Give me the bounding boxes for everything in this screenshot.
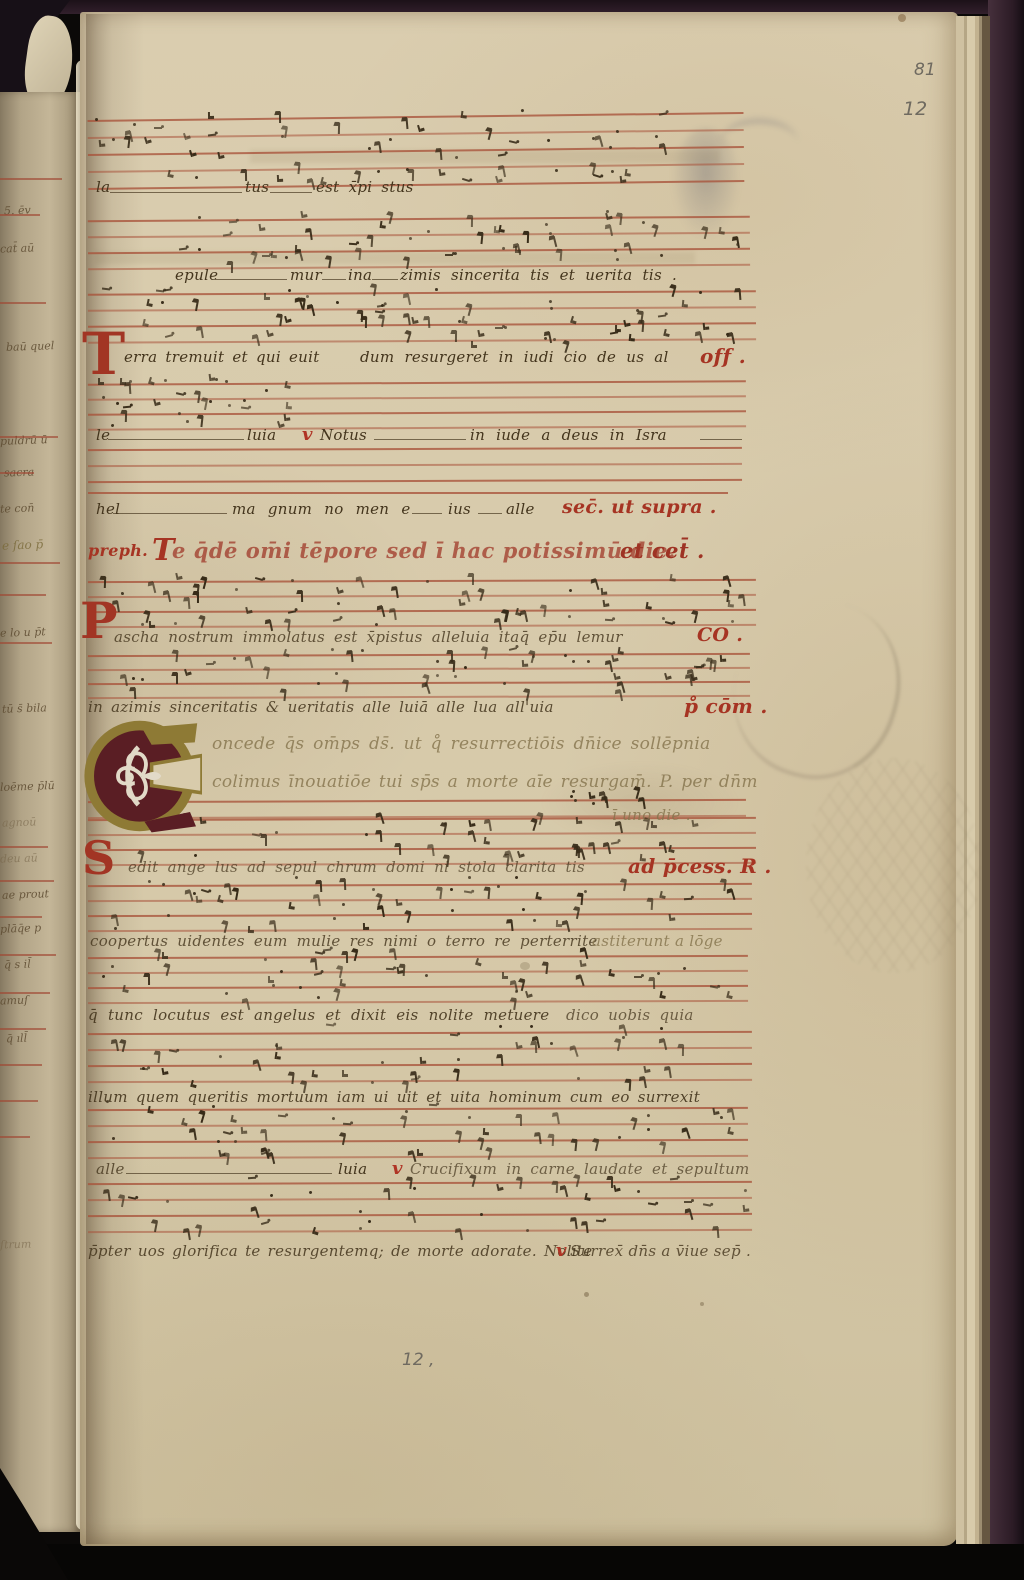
neume-mark bbox=[556, 1181, 559, 1192]
neume-mark bbox=[102, 287, 110, 290]
neume-mark bbox=[277, 175, 279, 182]
facing-page-staff-line bbox=[0, 214, 40, 216]
neume-mark bbox=[526, 232, 528, 243]
book-cover-edge-right bbox=[988, 0, 1024, 1560]
neume-mark bbox=[684, 898, 692, 901]
facing-page-staff-line bbox=[0, 302, 46, 304]
lyric-text: ascha nostrum immolatus est x̄pistus all… bbox=[114, 628, 623, 646]
extender-line bbox=[322, 279, 346, 280]
neume-mark bbox=[580, 894, 583, 905]
facing-page-staff-line bbox=[0, 1100, 38, 1102]
neume-mark bbox=[181, 1118, 185, 1125]
staff-line bbox=[88, 1047, 752, 1051]
facing-page-staff-line bbox=[0, 1028, 46, 1030]
neume-mark bbox=[262, 255, 270, 257]
staff-line bbox=[88, 146, 744, 156]
neume-mark bbox=[405, 118, 408, 129]
staff-line bbox=[88, 985, 748, 989]
staff-line bbox=[88, 913, 752, 917]
facing-page-staff-line bbox=[0, 916, 42, 918]
neume-mark bbox=[660, 991, 663, 998]
neume-mark bbox=[472, 574, 474, 585]
neume-mark bbox=[515, 246, 517, 253]
neume-mark bbox=[500, 1055, 503, 1066]
staff-line bbox=[88, 180, 744, 190]
lyric-text: dico uobis quia bbox=[566, 1006, 694, 1024]
neume-mark bbox=[288, 902, 291, 909]
neume-mark bbox=[495, 327, 503, 329]
rubric-initial-T: T bbox=[82, 328, 125, 380]
extender-line bbox=[110, 192, 242, 193]
rubric-text: off . bbox=[700, 344, 746, 368]
neume-mark bbox=[556, 920, 558, 927]
lyric-text: colimus īnouatiōe tui sp̄s a morte aīe r… bbox=[212, 772, 758, 792]
lyric-text: zimis sincerita tis et uerita tis . bbox=[400, 266, 677, 284]
staff-line bbox=[88, 847, 756, 851]
neume-mark bbox=[602, 600, 605, 607]
facing-page-fragment: ſtrum bbox=[0, 1237, 31, 1251]
extender-line bbox=[374, 439, 466, 440]
lyric-text: oncede q̄s om̄ps ds̄. ut q̊ resurrectiōi… bbox=[212, 734, 711, 754]
lyric-text: ma gnum no men e bbox=[232, 500, 411, 518]
lyric-text: dum resurgeret in iudi cio de us al bbox=[360, 348, 669, 366]
neume-mark bbox=[379, 221, 382, 228]
facing-page-edge: 5. ēvcat̄ aūbaū quelpuldrū ūsacrate con̄… bbox=[0, 92, 80, 1532]
extender-line bbox=[412, 513, 442, 514]
neume-mark bbox=[275, 1052, 278, 1059]
facing-page-fragment: amuſ bbox=[0, 994, 28, 1008]
lyric-text: Surrex̄ dn̄s a v̄iue sep̄ . bbox=[570, 1242, 751, 1260]
neume-mark bbox=[618, 647, 621, 654]
neume-mark bbox=[284, 381, 287, 388]
extender-line bbox=[478, 513, 502, 514]
staff-line bbox=[88, 970, 748, 974]
neume-mark bbox=[161, 1068, 164, 1075]
staff-line bbox=[88, 1079, 752, 1083]
stain-spot bbox=[700, 1302, 704, 1306]
neume-mark bbox=[343, 1122, 351, 1125]
facing-page-staff-line bbox=[0, 954, 56, 956]
facing-page-fragment: baū quel bbox=[6, 339, 55, 354]
lyric-text: ina bbox=[348, 266, 372, 284]
lyric-text: illum quem queritis mortuum iam ui uit e… bbox=[88, 1088, 700, 1106]
neume-mark bbox=[146, 298, 149, 305]
facing-page-fragment: e lo u p̄t bbox=[0, 625, 46, 640]
neume-mark bbox=[190, 1080, 194, 1087]
neume-mark bbox=[650, 899, 653, 910]
lyric-text: ius bbox=[448, 500, 471, 518]
facing-page-fragment: deu aū bbox=[0, 851, 38, 865]
neume-mark bbox=[455, 331, 457, 342]
staff-line bbox=[88, 492, 728, 494]
staff-line bbox=[88, 681, 750, 685]
neume-mark bbox=[645, 602, 648, 609]
facing-page-fragment: agnoū bbox=[2, 815, 37, 829]
staff-line bbox=[88, 410, 746, 415]
neume-mark bbox=[167, 170, 170, 177]
extender-line bbox=[108, 439, 244, 440]
facing-page-fragment: loēme p̄lū bbox=[0, 779, 55, 794]
extender-line bbox=[113, 513, 227, 514]
neume-mark bbox=[342, 1070, 344, 1077]
staff-line bbox=[88, 667, 750, 671]
neume-mark bbox=[522, 660, 524, 667]
facing-page-staff-line bbox=[0, 846, 48, 848]
rubric-initial-S: S bbox=[82, 838, 115, 879]
neume-mark bbox=[475, 958, 479, 965]
neume-mark bbox=[460, 111, 463, 118]
facing-page-staff-line bbox=[0, 472, 34, 474]
neume-mark bbox=[427, 317, 430, 328]
page-edges-stack bbox=[956, 16, 990, 1544]
neume-mark bbox=[634, 976, 642, 978]
staff-line bbox=[88, 479, 742, 483]
staff-line bbox=[88, 609, 756, 613]
neume-mark bbox=[363, 923, 365, 930]
neume-mark bbox=[727, 1127, 730, 1134]
folio-number-pencil: 12 bbox=[903, 98, 927, 120]
neume-mark bbox=[264, 293, 266, 300]
lyric-text: q̄ tunc locutus est angelus et dixit eis… bbox=[88, 1006, 549, 1024]
facing-page-staff-line bbox=[0, 880, 54, 882]
illuminated-initial-C bbox=[82, 716, 202, 836]
extender-line bbox=[126, 1173, 332, 1174]
neume-mark bbox=[230, 1115, 233, 1122]
neume-mark bbox=[586, 659, 590, 663]
lyric-text: luia bbox=[247, 426, 276, 444]
neume-mark bbox=[122, 985, 125, 992]
extender-line bbox=[372, 279, 398, 280]
stain-spot bbox=[584, 1292, 589, 1297]
neume-mark bbox=[663, 329, 667, 336]
neume-mark bbox=[205, 662, 213, 665]
lyric-text: v bbox=[302, 424, 313, 445]
lyric-text: edit ange lus ad sepul chrum domi ni sto… bbox=[128, 858, 585, 876]
staff-line bbox=[88, 338, 756, 343]
manuscript-photo: 5. ēvcat̄ aūbaū quelpuldrū ūsacrate con̄… bbox=[0, 0, 1024, 1580]
show-through-ornament bbox=[806, 758, 981, 973]
facing-page-staff-line bbox=[0, 642, 52, 644]
extender-line bbox=[215, 279, 287, 280]
facing-page-staff-line bbox=[0, 562, 60, 564]
neume-mark bbox=[535, 892, 538, 899]
staff-line bbox=[88, 1197, 752, 1201]
lyric-text: in iude a deus in Isra bbox=[470, 426, 667, 444]
lyric-text: mur bbox=[290, 266, 322, 284]
facing-page-fragment: cat̄ aū bbox=[0, 241, 34, 255]
lyric-text: Notus bbox=[320, 426, 367, 444]
lyric-text: in azimis sinceritatis & ueritatis alle … bbox=[88, 698, 554, 716]
neume-mark bbox=[286, 402, 289, 409]
neume-mark bbox=[337, 123, 339, 134]
neume-mark bbox=[271, 251, 273, 258]
neume-mark bbox=[668, 845, 672, 852]
facing-page-staff-line bbox=[0, 1136, 30, 1138]
facing-page-staff-line bbox=[0, 436, 58, 438]
extender-line bbox=[700, 439, 742, 440]
facing-page-fragment: plāq̄e p bbox=[0, 921, 41, 935]
facing-page-fragment: q̄ s il̄ bbox=[4, 958, 31, 972]
neume-mark bbox=[301, 591, 303, 602]
lyric-text: le bbox=[96, 426, 110, 444]
folio-number-ink: 81 bbox=[914, 60, 936, 80]
lyric-text: hel bbox=[96, 500, 120, 518]
lyric-text: alle bbox=[96, 1160, 125, 1178]
neume-mark bbox=[629, 334, 632, 341]
book-cover-edge-bottom bbox=[0, 1544, 1024, 1580]
staff-line bbox=[88, 322, 756, 327]
neume-mark bbox=[128, 383, 131, 394]
neume-mark bbox=[148, 974, 150, 985]
lyric-text: astiterunt a lōge bbox=[592, 932, 723, 950]
facing-page-staff-line bbox=[0, 992, 50, 994]
stain-spot bbox=[898, 14, 906, 22]
rubric-initial-P: P bbox=[80, 598, 118, 643]
staff-line bbox=[88, 1000, 748, 1004]
staff-lines bbox=[88, 447, 742, 497]
lyric-text: tus bbox=[245, 178, 269, 196]
neume-mark bbox=[498, 225, 501, 232]
staff-line bbox=[88, 1213, 752, 1217]
lyric-text: la bbox=[96, 178, 110, 196]
rubric-text: et cet̄ . bbox=[620, 538, 705, 563]
neume-mark bbox=[295, 245, 297, 252]
neume-mark bbox=[350, 651, 353, 662]
neume-mark bbox=[684, 1201, 692, 1203]
neume-mark bbox=[162, 952, 164, 959]
rubric-text: e q̄dē om̄i tēpore sed ī hac potissimū d… bbox=[172, 538, 676, 563]
lyric-text: p̄pter uos glorifica te resurgentemq; de… bbox=[88, 1242, 592, 1260]
staff-line bbox=[88, 395, 746, 400]
neume-mark bbox=[502, 972, 504, 979]
neume-mark bbox=[265, 835, 267, 846]
staff-line bbox=[88, 1139, 748, 1143]
neume-mark bbox=[229, 221, 237, 224]
lyric-text: luia bbox=[338, 1160, 367, 1178]
neume-mark bbox=[197, 592, 199, 603]
neume-mark bbox=[682, 1045, 684, 1056]
facing-page-fragment: tū s̄ bila bbox=[2, 701, 47, 716]
facing-page-staff-line bbox=[0, 1064, 42, 1066]
neume-mark bbox=[387, 1189, 390, 1200]
facing-page-fragment: te con̄ bbox=[0, 501, 35, 515]
staff-line bbox=[88, 248, 750, 254]
neume-mark bbox=[681, 300, 684, 307]
facing-page-staff-line bbox=[0, 594, 46, 596]
neume-mark bbox=[483, 1128, 485, 1135]
staff-line bbox=[88, 232, 750, 238]
rubric-text: CO . bbox=[697, 624, 743, 646]
extender-line bbox=[270, 192, 312, 193]
rubric-text: ad p̄cess. R . bbox=[628, 854, 772, 878]
bottom-pencil-mark: 12 , bbox=[402, 1350, 434, 1370]
neume-mark bbox=[728, 600, 731, 607]
neume-mark bbox=[669, 574, 672, 581]
staff-line bbox=[88, 306, 756, 311]
neume-mark bbox=[279, 112, 281, 123]
neume-mark bbox=[605, 618, 613, 621]
neume-mark bbox=[484, 837, 487, 844]
neume-mark bbox=[493, 226, 495, 233]
neume-mark bbox=[608, 969, 611, 976]
rubric-text: sec̄. ut supra . bbox=[562, 496, 717, 518]
neume-mark bbox=[578, 847, 580, 858]
neume-mark bbox=[208, 112, 210, 119]
lyric-text: v bbox=[392, 1158, 403, 1179]
facing-page-fragment: ae prout bbox=[2, 887, 49, 902]
lyric-text: epule bbox=[175, 266, 218, 284]
neume-mark bbox=[420, 1057, 423, 1064]
staff-line bbox=[88, 163, 744, 173]
lyric-text: Crucifixum in carne laudate et sepultum bbox=[410, 1160, 750, 1178]
neume-mark bbox=[278, 1114, 286, 1117]
neume-mark bbox=[738, 289, 741, 300]
lyric-text: ī uno die . bbox=[612, 806, 691, 824]
rubric-text: p̊ cōm . bbox=[684, 694, 768, 718]
lyric-text: coopertus uidentes eum mulie res nimi o … bbox=[90, 932, 598, 950]
lyric-text: v bbox=[556, 1240, 567, 1261]
lyric-text: est x̄pi stus bbox=[316, 178, 414, 196]
lyric-text: alle bbox=[506, 500, 535, 518]
facing-page-staff-line bbox=[0, 178, 62, 180]
neume-mark bbox=[176, 673, 178, 684]
neume-mark bbox=[240, 406, 248, 409]
neume-mark bbox=[584, 1193, 587, 1200]
neume-mark bbox=[520, 1115, 522, 1126]
facing-page-fragment: q̄ ıll̄ bbox=[6, 1032, 28, 1046]
staff-line bbox=[88, 463, 742, 467]
lyric-text: erra tremuit et qui euit bbox=[124, 348, 320, 366]
rubric-text: preph. bbox=[88, 541, 148, 560]
neume-mark bbox=[148, 1106, 151, 1113]
facing-page-fragment: e ſao p̄ bbox=[2, 537, 44, 552]
